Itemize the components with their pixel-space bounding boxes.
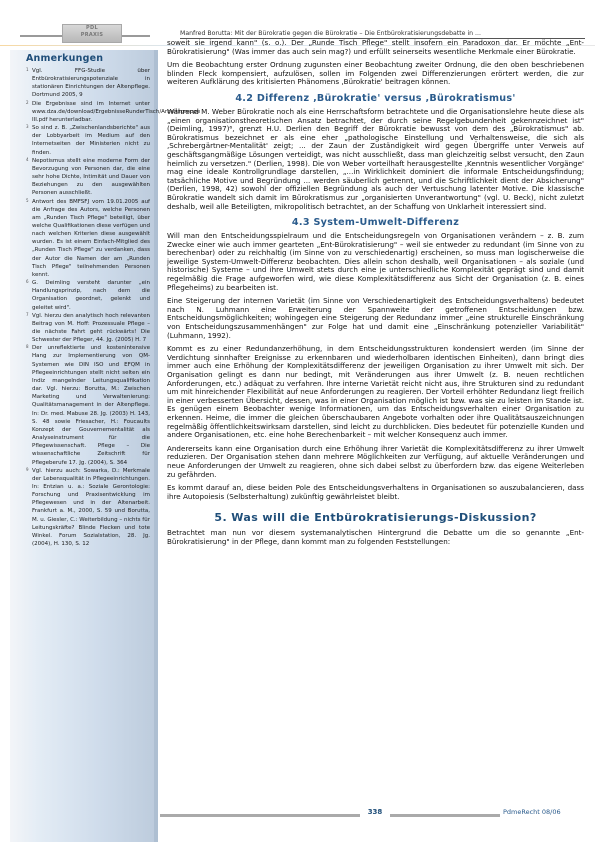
note-item: 7Vgl. hierzu den analytisch hoch relevan…	[32, 312, 150, 345]
note-text: Vgl. FFG-Studie über Entbürokratisierung…	[32, 68, 150, 98]
paragraph: Um die Beobachtung erster Ordnung zuguns…	[167, 61, 584, 87]
note-number: 8	[26, 343, 29, 351]
note-number: 3	[26, 123, 29, 131]
note-item: 3So sind z. B. „Zwischenlandsberichte" a…	[32, 124, 150, 157]
note-number: 5	[26, 197, 29, 205]
journal-logo: PDL PRAXIS	[20, 18, 150, 44]
note-item: 6G. Deimling versteht darunter „ein Hand…	[32, 279, 150, 312]
note-number: 4	[26, 156, 29, 164]
notes-title: Anmerkungen	[26, 53, 103, 64]
note-text: Vgl. hierzu den analytisch hoch relevant…	[32, 313, 150, 343]
sidebar-edge	[154, 50, 158, 842]
paragraph: Will man den Entscheidungsspielraum und …	[167, 232, 584, 292]
logo-text-top: PDL	[63, 25, 121, 32]
footer-rule-left	[160, 814, 360, 817]
note-number: 9	[26, 466, 29, 474]
note-text: So sind z. B. „Zwischenlandsberichte" au…	[32, 125, 150, 155]
note-number: 2	[26, 99, 29, 107]
page-number: 338	[360, 808, 390, 816]
note-item: 5Antwort des BMFSFJ vom 19.01.2005 auf d…	[32, 198, 150, 280]
note-number: 6	[26, 278, 29, 286]
paragraph: Kommt es zu einer Redundanzerhöhung, in …	[167, 345, 584, 440]
footer-rule-right	[390, 814, 500, 817]
note-item: 1Vgl. FFG-Studie über Entbürokratisierun…	[32, 67, 150, 100]
logo-text-bottom: PRAXIS	[63, 32, 121, 39]
notes-list: 1Vgl. FFG-Studie über Entbürokratisierun…	[32, 67, 150, 548]
note-item: 8Der unreflektierte und kostenintensive …	[32, 344, 150, 466]
paragraph: Andererseits kann eine Organisation durc…	[167, 445, 584, 479]
note-number: 1	[26, 66, 29, 74]
section-heading-4-3: 4.3 System-Umwelt-Differenz	[167, 217, 584, 229]
section-heading-5: 5. Was will die Entbürokratisierungs-Dis…	[167, 511, 584, 525]
note-item: 2Die Ergebnisse sind im Internet unter w…	[32, 100, 150, 124]
note-text: Nepotismus stellt eine moderne Form der …	[32, 158, 150, 197]
note-item: 9Vgl. hierzu auch: Sowarka, D.: Merkmale…	[32, 467, 150, 549]
logo-box: PDL PRAXIS	[62, 24, 122, 43]
section-heading-4-2: 4.2 Differenz ‚Bürokratie' versus ‚Bürok…	[167, 93, 584, 105]
note-item: 4Nepotismus stellt eine moderne Form der…	[32, 157, 150, 198]
paragraph: soweit sie irgend kann" (s. o.). Der „Ru…	[167, 39, 584, 56]
paragraph: Es kommt darauf an, diese beiden Pole de…	[167, 484, 584, 501]
article-body: soweit sie irgend kann" (s. o.). Der „Ru…	[167, 39, 584, 552]
paragraph: Eine Steigerung der internen Varietät (i…	[167, 297, 584, 340]
note-text: Der unreflektierte und kostenintensive H…	[32, 345, 150, 465]
paragraph: Betrachtet man nun vor diesem systemanal…	[167, 529, 584, 546]
paragraph: Während M. Weber Bürokratie noch als ein…	[167, 108, 584, 211]
notes-sidebar: Anmerkungen 1Vgl. FFG-Studie über Entbür…	[10, 50, 158, 842]
journal-issue: PdmeRecht 08/06	[503, 808, 561, 816]
note-text: Antwort des BMFSFJ vom 19.01.2005 auf di…	[32, 199, 150, 278]
note-number: 7	[26, 311, 29, 319]
note-text: G. Deimling versteht darunter „ein Handl…	[32, 280, 150, 310]
note-text: Vgl. hierzu auch: Sowarka, D.: Merkmale …	[32, 468, 150, 547]
